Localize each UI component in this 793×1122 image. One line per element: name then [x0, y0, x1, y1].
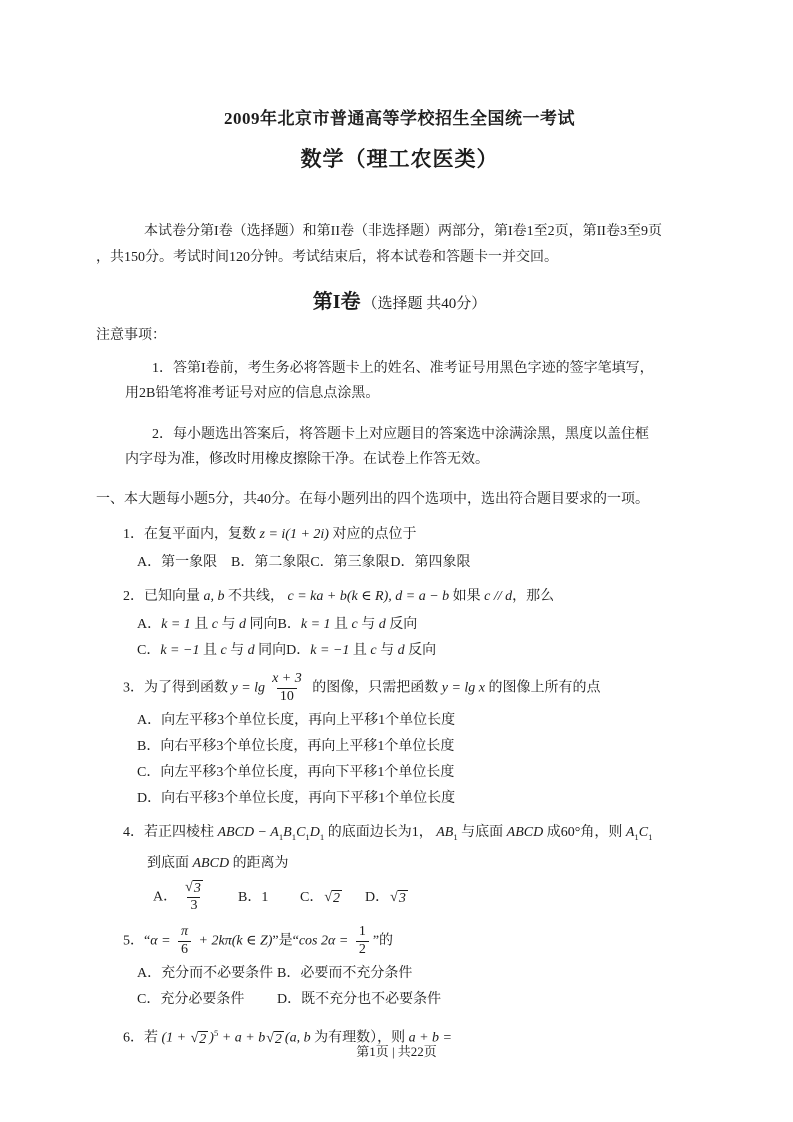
intro-line-2: ，共150分。考试时间120分钟。考试结束后，将本试卷和答题卡一并交回。: [96, 245, 703, 271]
page-number: 第1页 | 共22页: [356, 1044, 437, 1059]
exam-title: 2009年北京市普通高等学校招生全国统一考试: [96, 104, 703, 129]
question-5-options-row-2: C．充分必要条件 D．既不充分也不必要条件: [137, 988, 703, 1011]
option-3b: B．向右平移3个单位长度，再向上平移1个单位长度: [137, 735, 454, 758]
question-4: 4．若正四棱柱 ABCD − A1B1C1D1 的底面边长为1， AB1 与底面…: [96, 819, 703, 916]
option-2c: C．k = −1 且 c 与 d 同向: [137, 639, 286, 662]
option-1c: C．第三象限: [310, 551, 390, 574]
intro-paragraph: 本试卷分第I卷（选择题）和第II卷（非选择题）两部分，第I卷1至2页，第II卷3…: [96, 219, 703, 271]
question-2: 2．已知向量 a, b 不共线， c = ka + b(k ∈ R), d = …: [96, 583, 703, 662]
question-3-stem: 3．为了得到函数 y = lgx + 310 的图像，只需把函数 y = lg …: [123, 671, 703, 706]
option-4a: A．√33: [153, 880, 238, 915]
question-3-option-row-a: A．向左平移3个单位长度，再向上平移1个单位长度: [137, 709, 703, 732]
exam-page: 2009年北京市普通高等学校招生全国统一考试 数学（理工农医类） 本试卷分第I卷…: [0, 0, 793, 1122]
option-3a: A．向左平移3个单位长度，再向上平移1个单位长度: [137, 709, 455, 732]
option-2a: A．k = 1 且 c 与 d 同向: [137, 613, 278, 636]
exam-subtitle: 数学（理工农医类）: [96, 143, 703, 173]
section1-title: 第I卷: [313, 291, 361, 313]
question-5: 5．“α = π6 + 2kπ(k ∈ Z)”是“cos 2α = 12”的 A…: [96, 924, 703, 1011]
option-4b: B．1: [238, 886, 300, 909]
notice-item-2: 2．每小题选出答案后，将答题卡上对应题目的答案选中涂满涂黑，黑度以盖住框 内字母…: [125, 422, 703, 472]
question-2-options-row-1: A．k = 1 且 c 与 d 同向 B．k = 1 且 c 与 d 反向: [137, 613, 703, 636]
question-4-stem-line-1: 4．若正四棱柱 ABCD − A1B1C1D1 的底面边长为1， AB1 与底面…: [123, 819, 703, 851]
intro-line-1: 本试卷分第I卷（选择题）和第II卷（非选择题）两部分，第I卷1至2页，第II卷3…: [96, 219, 703, 245]
option-5b: B．必要而不充分条件: [277, 962, 412, 985]
notice-2-line-2: 内字母为准，修改时用橡皮擦除干净。在试卷上作答无效。: [125, 447, 703, 472]
section1-heading: 第I卷（选择题 共40分）: [96, 285, 703, 314]
option-5c: C．充分必要条件: [137, 988, 277, 1011]
notice-2-line-1: 2．每小题选出答案后，将答题卡上对应题目的答案选中涂满涂黑，黑度以盖住框: [125, 422, 703, 447]
question-1: 1．在复平面内，复数 z = i(1 + 2i) 对应的点位于 A．第一象限 B…: [96, 521, 703, 574]
question-5-stem: 5．“α = π6 + 2kπ(k ∈ Z)”是“cos 2α = 12”的: [123, 924, 703, 959]
option-2b: B．k = 1 且 c 与 d 反向: [278, 613, 418, 636]
page-footer: 第1页 | 共22页: [0, 1041, 793, 1060]
option-3c: C．向左平移3个单位长度，再向下平移1个单位长度: [137, 761, 454, 784]
question-2-options-row-2: C．k = −1 且 c 与 d 同向 D．k = −1 且 c 与 d 反向: [137, 639, 703, 662]
option-2d: D．k = −1 且 c 与 d 反向: [286, 639, 436, 662]
question-2-stem: 2．已知向量 a, b 不共线， c = ka + b(k ∈ R), d = …: [123, 583, 703, 610]
question-4-stem-line-2: 到底面 ABCD 的距离为: [147, 850, 703, 877]
question-3-option-row-c: C．向左平移3个单位长度，再向下平移1个单位长度: [137, 761, 703, 784]
notice-1-line-1: 1．答第I卷前，考生务必将答题卡上的姓名、准考证号用黑色字迹的签字笔填写，: [125, 356, 703, 381]
exam-body: 2009年北京市普通高等学校招生全国统一考试 数学（理工农医类） 本试卷分第I卷…: [0, 0, 793, 1052]
option-5a: A．充分而不必要条件: [137, 962, 277, 985]
option-1a: A．第一象限: [137, 551, 231, 574]
question-3-option-row-b: B．向右平移3个单位长度，再向上平移1个单位长度: [137, 735, 703, 758]
option-4d: D．√3: [365, 886, 409, 909]
section1-subtitle: （选择题 共40分）: [363, 296, 487, 312]
option-5d: D．既不充分也不必要条件: [277, 988, 441, 1011]
question-5-options-row-1: A．充分而不必要条件 B．必要而不充分条件: [137, 962, 703, 985]
notice-1-line-2: 用2B铅笔将准考证号对应的信息点涂黑。: [125, 381, 703, 406]
question-1-options: A．第一象限 B．第二象限 C．第三象限 D．第四象限: [137, 551, 703, 574]
option-1d: D．第四象限: [390, 551, 470, 574]
question-1-stem: 1．在复平面内，复数 z = i(1 + 2i) 对应的点位于: [123, 521, 703, 548]
notices-title: 注意事项：: [96, 324, 703, 348]
question-3-option-row-d: D．向右平移3个单位长度，再向下平移1个单位长度: [137, 787, 703, 810]
option-4c: C．√2: [300, 886, 365, 909]
notice-item-1: 1．答第I卷前，考生务必将答题卡上的姓名、准考证号用黑色字迹的签字笔填写， 用2…: [125, 356, 703, 406]
question-4-options: A．√33 B．1 C．√2 D．√3: [153, 880, 703, 915]
question-3: 3．为了得到函数 y = lgx + 310 的图像，只需把函数 y = lg …: [96, 671, 703, 810]
option-3d: D．向右平移3个单位长度，再向下平移1个单位长度: [137, 787, 455, 810]
part1-instructions: 一、本大题每小题5分，共40分。在每小题列出的四个选项中，选出符合题目要求的一项…: [96, 488, 703, 512]
option-1b: B．第二象限: [231, 551, 310, 574]
